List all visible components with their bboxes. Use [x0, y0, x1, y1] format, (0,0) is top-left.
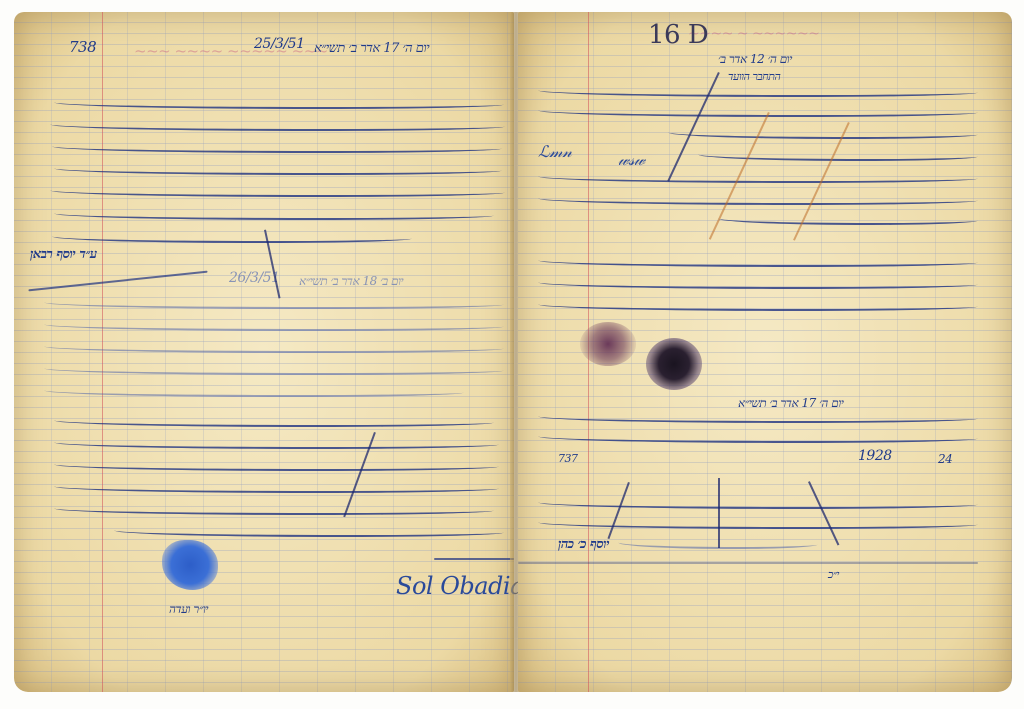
section-rule	[518, 562, 978, 564]
signature-1: ℒ𝓂𝓃	[538, 142, 571, 162]
stamp-caption: יו״ר ועדה	[169, 602, 208, 617]
entry1-header: יום ה׳ 12 אדר ב׳	[718, 52, 792, 67]
entry-header: יום ה׳ 17 אדר ב׳ תשי״א	[314, 40, 429, 56]
signature-latin: Sol Obadia	[396, 572, 524, 600]
left-margin-line	[102, 12, 103, 692]
entry2-header: יום ב׳ 18 אדר ב׳ תשי״א	[299, 274, 403, 289]
page-mark: 16 D	[648, 20, 708, 50]
right-page: ~~~~ ~ ~~~~~~ 16 D יום ה׳ 12 אדר ב׳ התחב…	[518, 12, 1012, 692]
number: 24	[938, 452, 952, 466]
footnote-number: 737	[558, 452, 578, 465]
left-page: ~~~ ~~~~ ~~~~~ ~~~ 738 25/3/51 יום ה׳ 17…	[14, 12, 514, 692]
notebook-spread: ~~~ ~~~~ ~~~~~ ~~~ 738 25/3/51 יום ה׳ 17…	[14, 12, 1012, 692]
signature-flourish	[28, 271, 207, 292]
signature-underline	[434, 558, 514, 560]
signature-2: 𝓌𝓈𝓌	[618, 150, 645, 170]
year: 1928	[858, 448, 892, 464]
entry4-signature: יוסף כ׳ כהן	[558, 536, 609, 552]
blue-ink-stamp	[162, 540, 218, 590]
entry-date: 25/3/51	[254, 36, 304, 52]
footer-initials: י״כ	[828, 568, 839, 581]
entry2-date: 26/3/51	[229, 270, 279, 286]
entry1-subheader: התחבר הוועד	[728, 70, 780, 83]
page-number: 738	[69, 38, 96, 56]
entry1-signature: ע״ד יוסף רבאן	[30, 246, 97, 262]
entry3-header: יום ה׳ 17 אדר ב׳ תשי״א	[738, 396, 843, 411]
ink-blot-dark	[646, 338, 702, 390]
ink-blot-faded	[580, 322, 636, 366]
